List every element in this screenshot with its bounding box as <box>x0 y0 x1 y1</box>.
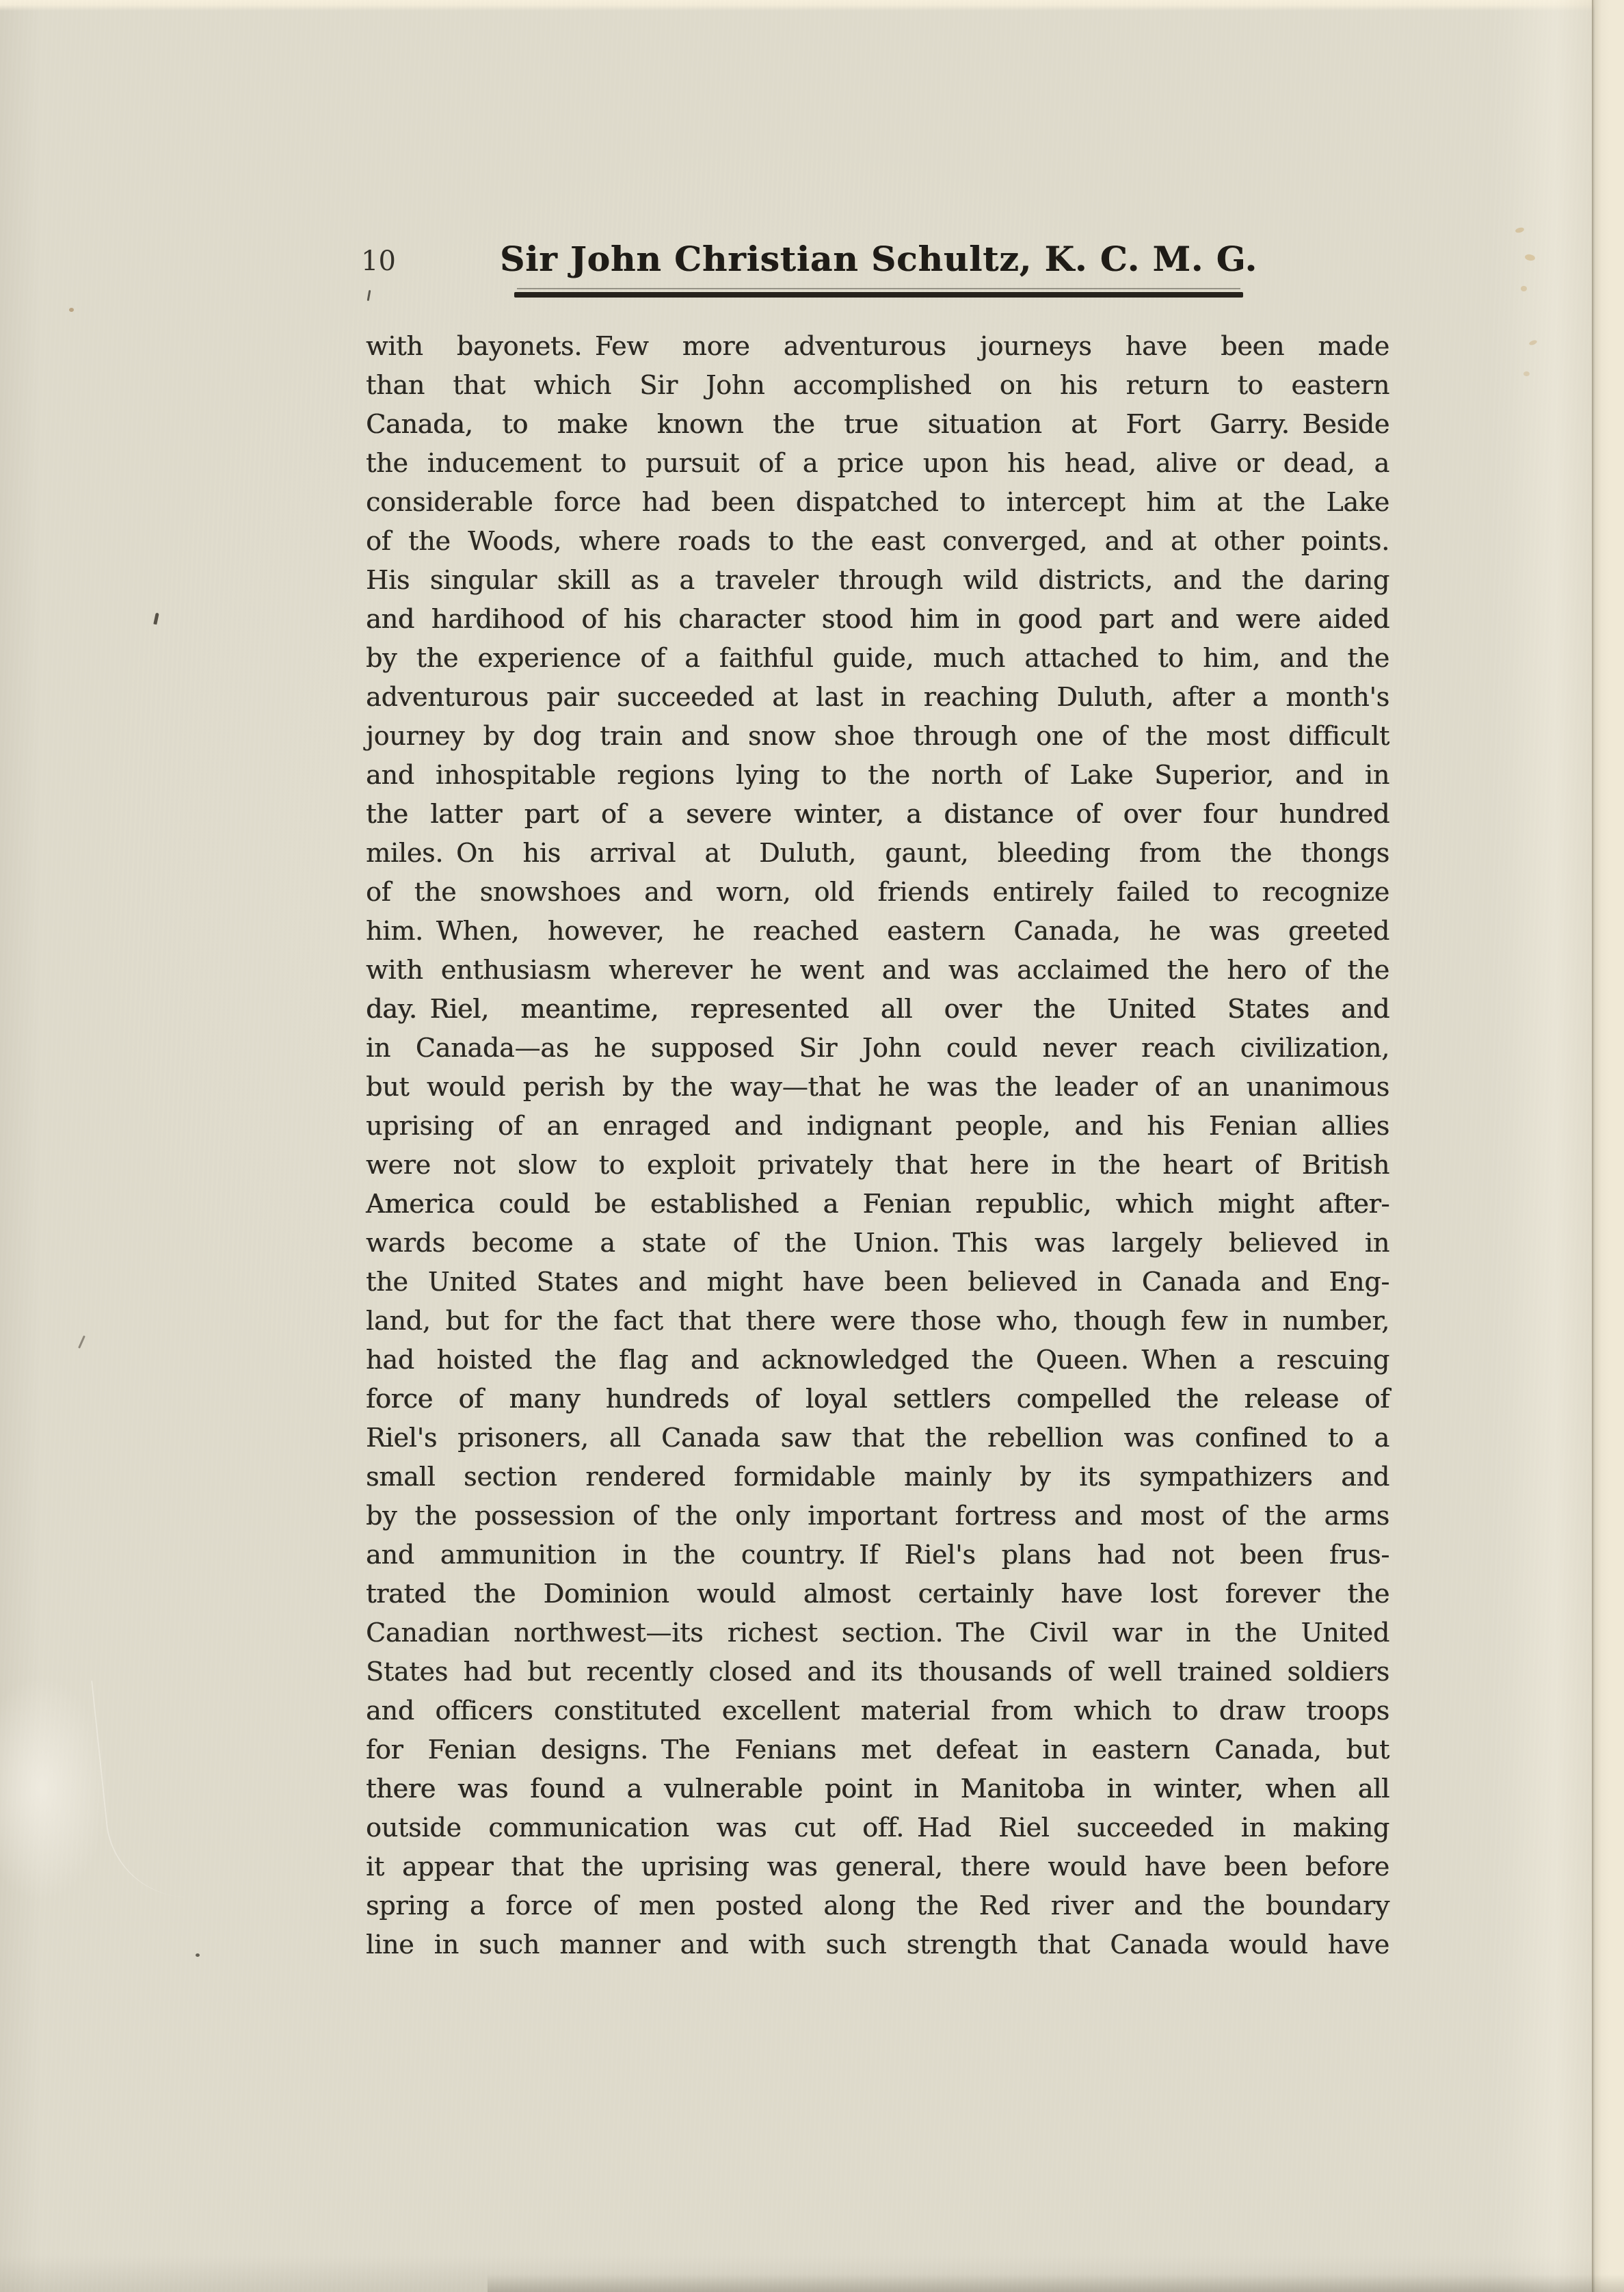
text-line: America could be established a Fenian re… <box>366 1185 1389 1224</box>
text-line: the United States and might have been be… <box>366 1263 1389 1302</box>
ink-speck <box>196 1953 200 1957</box>
title-rule <box>514 292 1243 298</box>
page-curl-highlight <box>1489 0 1592 2292</box>
text-line: miles. On his arrival at Duluth, gaunt, … <box>366 834 1389 873</box>
foxing-spot <box>1528 339 1537 346</box>
stray-ink-mark <box>153 613 159 625</box>
text-line: had hoisted the flag and acknowledged th… <box>366 1341 1389 1380</box>
text-line: line in such manner and with such streng… <box>366 1925 1389 1964</box>
text-line: small section rendered formidable mainly… <box>366 1458 1389 1497</box>
paper-speck <box>69 308 74 312</box>
text-line: of the Woods, where roads to the east co… <box>366 522 1389 561</box>
text-line: adventurous pair succeeded at last in re… <box>366 678 1389 717</box>
book-page: 10 Sir John Christian Schultz, K. C. M. … <box>0 0 1624 2292</box>
text-line: were not slow to exploit privately that … <box>366 1146 1389 1185</box>
text-line: and inhospitable regions lying to the no… <box>366 756 1389 795</box>
body-text: with bayonets. Few more adventurous jour… <box>366 327 1389 1964</box>
running-title: Sir John Christian Schultz, K. C. M. G. <box>479 238 1279 280</box>
foxing-spot <box>1515 226 1524 233</box>
foxing-spot <box>1523 371 1530 376</box>
page-edge <box>1592 0 1624 2292</box>
text-line: wards become a state of the Union. This … <box>366 1224 1389 1263</box>
text-line: by the experience of a faithful guide, m… <box>366 639 1389 678</box>
text-line: with enthusiasm wherever he went and was… <box>366 951 1389 990</box>
ink-tick-mark <box>367 290 371 301</box>
text-line: it appear that the uprising was general,… <box>366 1847 1389 1886</box>
text-line: but would perish by the way—that he was … <box>366 1068 1389 1107</box>
text-line: and officers constituted excellent mater… <box>366 1691 1389 1730</box>
stray-ink-mark <box>78 1335 85 1348</box>
text-line: by the possession of the only important … <box>366 1497 1389 1536</box>
text-line: Canadian northwest—its richest section. … <box>366 1613 1389 1652</box>
text-line: the latter part of a severe winter, a di… <box>366 795 1389 834</box>
page-bottom-shadow <box>488 2274 1624 2292</box>
text-line: in Canada—as he supposed Sir John could … <box>366 1029 1389 1068</box>
text-line: day. Riel, meantime, represented all ove… <box>366 990 1389 1029</box>
text-line: there was found a vulnerable point in Ma… <box>366 1769 1389 1808</box>
foxing-spot <box>1521 286 1527 291</box>
text-line: and hardihood of his character stood him… <box>366 600 1389 639</box>
text-line: journey by dog train and snow shoe throu… <box>366 717 1389 756</box>
text-line: outside communication was cut off. Had R… <box>366 1808 1389 1847</box>
text-line: and ammunition in the country. If Riel's… <box>366 1536 1389 1575</box>
paper-crease <box>91 1672 198 1906</box>
page-number: 10 <box>361 246 396 276</box>
paper-sheen-blotch <box>0 1669 144 2011</box>
text-line: than that which Sir John accomplished on… <box>366 366 1389 405</box>
text-line: States had but recently closed and its t… <box>366 1652 1389 1691</box>
text-line: spring a force of men posted along the R… <box>366 1886 1389 1925</box>
foxing-spot <box>1524 254 1535 261</box>
text-line: with bayonets. Few more adventurous jour… <box>366 327 1389 366</box>
text-line: Canada, to make known the true situation… <box>366 405 1389 444</box>
text-line: for Fenian designs. The Fenians met defe… <box>366 1730 1389 1769</box>
text-line: uprising of an enraged and indignant peo… <box>366 1107 1389 1146</box>
text-line: the inducement to pursuit of a price upo… <box>366 444 1389 483</box>
text-line: considerable force had been dispatched t… <box>366 483 1389 522</box>
text-line: of the snowshoes and worn, old friends e… <box>366 873 1389 912</box>
text-line: His singular skill as a traveler through… <box>366 561 1389 600</box>
text-line: him. When, however, he reached eastern C… <box>366 912 1389 951</box>
text-line: land, but for the fact that there were t… <box>366 1302 1389 1341</box>
text-line: Riel's prisoners, all Canada saw that th… <box>366 1419 1389 1458</box>
text-line: force of many hundreds of loyal settlers… <box>366 1380 1389 1419</box>
text-line: trated the Dominion would almost certain… <box>366 1575 1389 1613</box>
